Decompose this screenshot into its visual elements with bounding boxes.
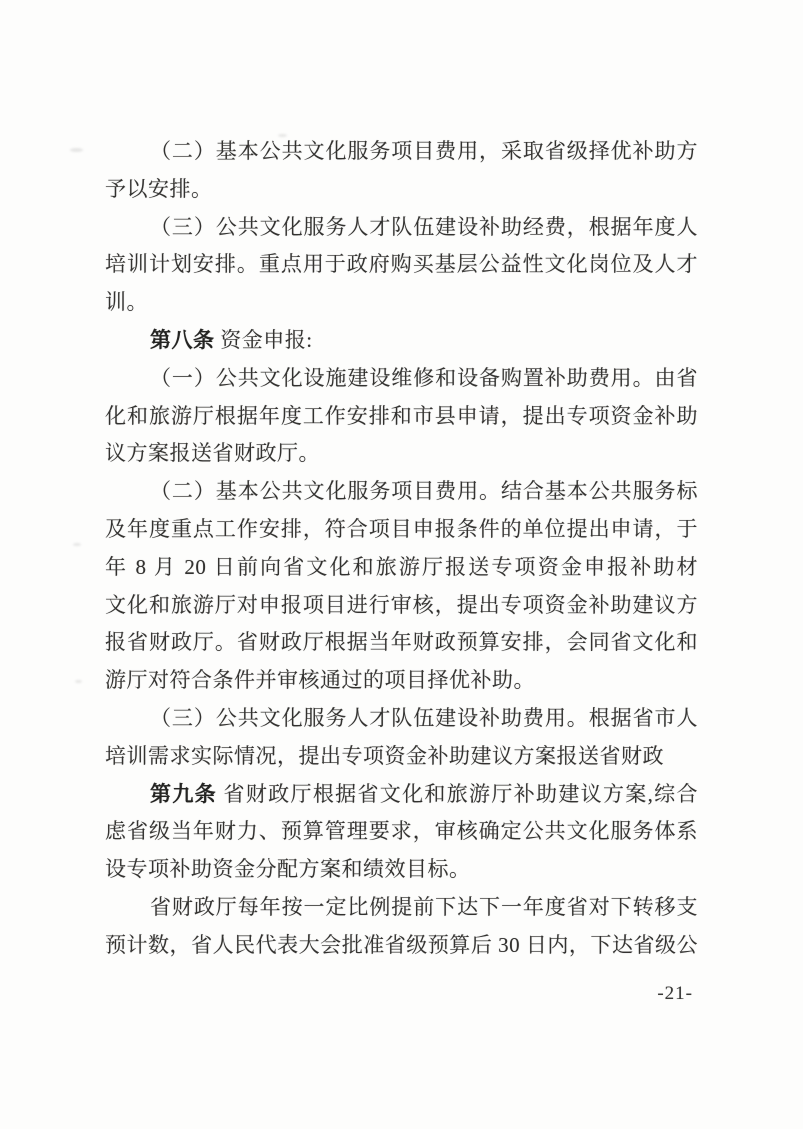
text-line: （三）公共文化服务人才队伍建设补助经费，根据年度人才 [105, 209, 698, 247]
text-line: 及年度重点工作安排，符合项目申报条件的单位提出申请，于每 [105, 511, 698, 549]
text-line: （三）公共文化服务人才队伍建设补助费用。根据省市人才 [105, 700, 698, 738]
text-segment: 报省财政厅。省财政厅根据当年财政预算安排，会同省文化和旅 [105, 630, 698, 662]
text-line: 培训计划安排。重点用于政府购买基层公益性文化岗位及人才培 [105, 246, 698, 284]
text-line: 培训需求实际情况，提出专项资金补助建议方案报送省财政厅。 [105, 738, 698, 776]
text-segment: 训。 [105, 290, 148, 314]
text-segment: 虑省级当年财力、预算管理要求，审核确定公共文化服务体系建 [105, 819, 698, 851]
text-line: 游厅对符合条件并审核通过的项目择优补助。 [105, 662, 698, 700]
text-line: （一）公共文化设施建设维修和设备购置补助费用。由省文 [105, 360, 698, 398]
text-line: 化和旅游厅根据年度工作安排和市县申请，提出专项资金补助建 [105, 398, 698, 436]
text-segment: 文化和旅游厅对申报项目进行审核，提出专项资金补助建议方案 [105, 593, 698, 625]
text-segment: （一）公共文化设施建设维修和设备购置补助费用。由省文 [150, 366, 698, 398]
text-segment: 省财政厅根据省文化和旅游厅补助建议方案,综合考 [150, 782, 698, 814]
text-line: 设专项补助资金分配方案和绩效目标。 [105, 851, 698, 889]
text-line: 虑省级当年财力、预算管理要求，审核确定公共文化服务体系建 [105, 813, 698, 851]
text-line: 议方案报送省财政厅。 [105, 435, 698, 473]
text-line: 予以安排。 [105, 171, 698, 209]
article-number: 第八条 [150, 328, 215, 352]
document-page: （二）基本公共文化服务项目费用，采取省级择优补助方式予以安排。（三）公共文化服务… [0, 0, 803, 1129]
text-segment: 游厅对符合条件并审核通过的项目择优补助。 [105, 668, 535, 692]
text-segment: （三）公共文化服务人才队伍建设补助费用。根据省市人才 [150, 706, 698, 738]
text-segment: 及年度重点工作安排，符合项目申报条件的单位提出申请，于每 [105, 517, 698, 549]
text-segment: 预计数，省人民代表大会批准省级预算后 30 日内，下达省级公共 [105, 933, 698, 965]
text-segment: 予以安排。 [105, 177, 213, 201]
text-line: 省财政厅每年按一定比例提前下达下一年度省对下转移支付 [105, 889, 698, 927]
article-number: 第九条 [150, 782, 217, 806]
text-line: 文化和旅游厅对申报项目进行审核，提出专项资金补助建议方案 [105, 587, 698, 625]
text-segment: 培训计划安排。重点用于政府购买基层公益性文化岗位及人才培 [105, 252, 698, 284]
text-segment: 议方案报送省财政厅。 [105, 441, 320, 465]
text-line: 报省财政厅。省财政厅根据当年财政预算安排，会同省文化和旅 [105, 624, 698, 662]
scan-smudge [73, 543, 81, 546]
scan-smudge [70, 148, 83, 152]
page-number: -21- [657, 983, 693, 1005]
text-line: （二）基本公共文化服务项目费用。结合基本公共服务标准 [105, 473, 698, 511]
text-segment: 省财政厅每年按一定比例提前下达下一年度省对下转移支付 [150, 895, 698, 927]
text-segment: 化和旅游厅根据年度工作安排和市县申请，提出专项资金补助建 [105, 404, 698, 436]
scan-smudge [75, 680, 82, 683]
text-segment: 培训需求实际情况，提出专项资金补助建议方案报送省财政厅。 [105, 744, 664, 776]
text-line: 训。 [105, 284, 698, 322]
text-line: 第九条 省财政厅根据省文化和旅游厅补助建议方案,综合考 [105, 776, 698, 814]
text-line: 预计数，省人民代表大会批准省级预算后 30 日内，下达省级公共 [105, 927, 698, 965]
text-line: （二）基本公共文化服务项目费用，采取省级择优补助方式 [105, 133, 698, 171]
text-segment: 年 8 月 20 日前向省文化和旅游厅报送专项资金申报补助材料。省 [105, 555, 698, 587]
text-line: 年 8 月 20 日前向省文化和旅游厅报送专项资金申报补助材料。省 [105, 549, 698, 587]
text-segment: （二）基本公共文化服务项目费用。结合基本公共服务标准 [150, 479, 698, 511]
text-segment: （三）公共文化服务人才队伍建设补助经费，根据年度人才 [150, 215, 698, 247]
text-line: 第八条 资金申报: [105, 322, 698, 360]
text-segment: （二）基本公共文化服务项目费用，采取省级择优补助方式 [150, 139, 698, 171]
document-body: （二）基本公共文化服务项目费用，采取省级择优补助方式予以安排。（三）公共文化服务… [105, 133, 698, 965]
text-segment: 资金申报: [215, 328, 313, 352]
text-segment: 设专项补助资金分配方案和绩效目标。 [105, 857, 471, 881]
